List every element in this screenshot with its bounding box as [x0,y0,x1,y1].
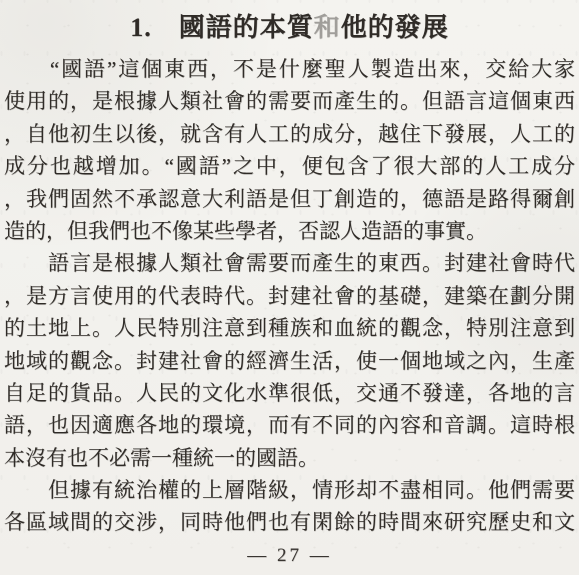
text-line: 的土地上。人民特別注意到種族和血統的觀念，特別注意到 [4,312,575,344]
page-number: — 27 — [4,545,575,567]
text-line: 語，也因適應各地的環境，而有不同的內容和音調。這時根 [4,409,575,441]
text-line: 各區域間的交涉，同時他們也有閑餘的時間來研究歷史和文 [4,506,575,538]
text-line: 自足的貨品。人民的文化水準很低，交通不發達，各地的言 [4,377,575,409]
text-line: ，我們固然不承認意大利語是但丁創造的，德語是路得爾創 [4,183,575,215]
text-line: 成分也越增加。“國語”之中，便包含了很大部的人工成分 [4,150,575,182]
text-line: ，是方言使用的代表時代。封建社會的基礎，建築在劃分開 [4,280,575,312]
text-line: ，自他初生以後，就含有人工的成分，越住下發展，人工的 [4,118,575,150]
scanned-book-page: 1. 國語的本質和他的發展 “國語”這個東西，不是什麼聖人製造出來，交給大家使用… [0,0,579,575]
title-segment: 和 [314,13,341,42]
text-line: 但據有統治權的上層階級，情形却不盡相同。他們需要 [4,474,575,506]
text-line: 語言是根據人類社會需要而產生的東西。封建社會時代 [4,247,575,279]
title-segment: 他的發展 [341,13,449,42]
text-line: “國語”這個東西，不是什麼聖人製造出來，交給大家 [4,53,575,85]
section-title: 1. 國語的本質和他的發展 [4,12,575,43]
text-line: 使用的，是根據人類社會的需要而產生的。但語言這個東西 [4,85,575,117]
title-segment: 1. 國語的本質 [130,13,314,42]
text-line: 造的，但我們也不像某些學者，否認人造語的事實。 [4,215,575,247]
body-text: “國語”這個東西，不是什麼聖人製造出來，交給大家使用的，是根據人類社會的需要而產… [4,53,575,539]
text-line: 本沒有也不必需一種統一的國語。 [4,442,575,474]
text-line: 地域的觀念。封建社會的經濟生活，使一個地域之內，生產 [4,345,575,377]
